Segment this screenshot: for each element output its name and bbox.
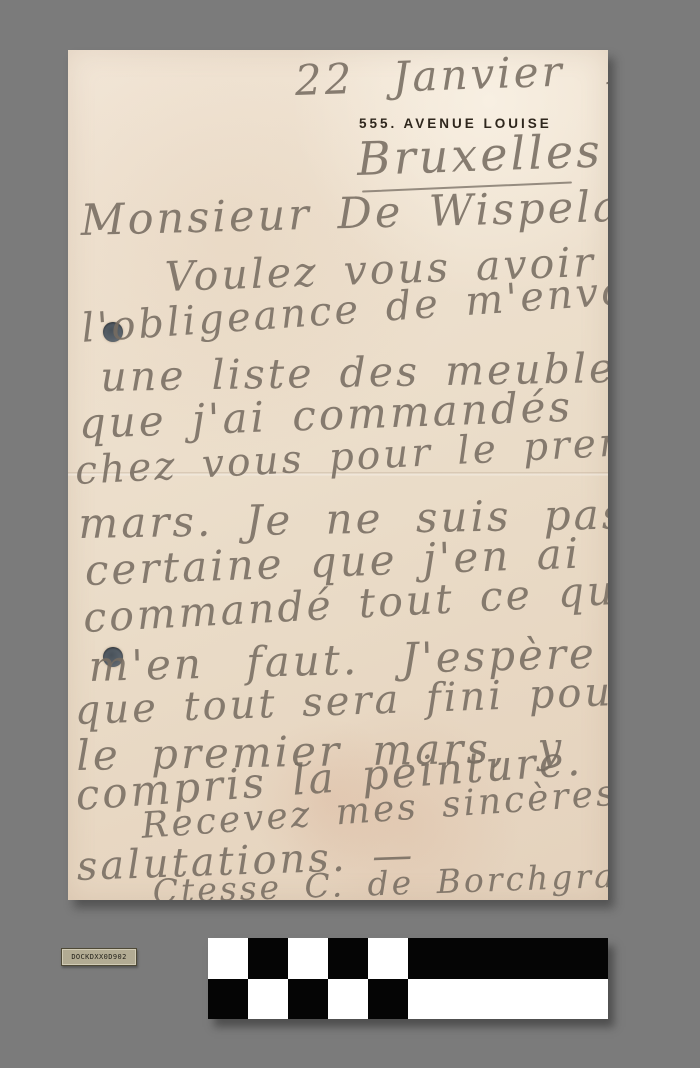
calibration-square-black: [328, 938, 368, 979]
calibration-row: [208, 979, 608, 1020]
calibration-square-white: [328, 979, 368, 1020]
photo-backdrop: 22 Janvier 1935 555. AVENUE LOUISE Bruxe…: [0, 0, 700, 1068]
calibration-row: [208, 938, 608, 979]
calibration-square-white: [368, 938, 408, 979]
date-line: 22 Janvier 1935: [294, 50, 608, 105]
calibration-bar: [208, 938, 608, 1019]
calibration-square-white: [208, 938, 248, 979]
handwritten-line: Monsieur De Wispelaere,: [80, 179, 608, 246]
inventory-label-text: DOCKDXX0D902: [71, 954, 126, 961]
calibration-square-white: [288, 938, 328, 979]
calibration-long-bar-black: [408, 938, 608, 979]
calibration-square-black: [248, 938, 288, 979]
city-line: Bruxelles: [356, 123, 604, 186]
calibration-long-bar-white: [408, 979, 608, 1020]
calibration-square-black: [288, 979, 328, 1020]
calibration-square-white: [248, 979, 288, 1020]
letter-document: 22 Janvier 1935 555. AVENUE LOUISE Bruxe…: [68, 50, 608, 900]
calibration-square-black: [368, 979, 408, 1020]
inventory-label: DOCKDXX0D902: [61, 948, 137, 966]
calibration-square-black: [208, 979, 248, 1020]
